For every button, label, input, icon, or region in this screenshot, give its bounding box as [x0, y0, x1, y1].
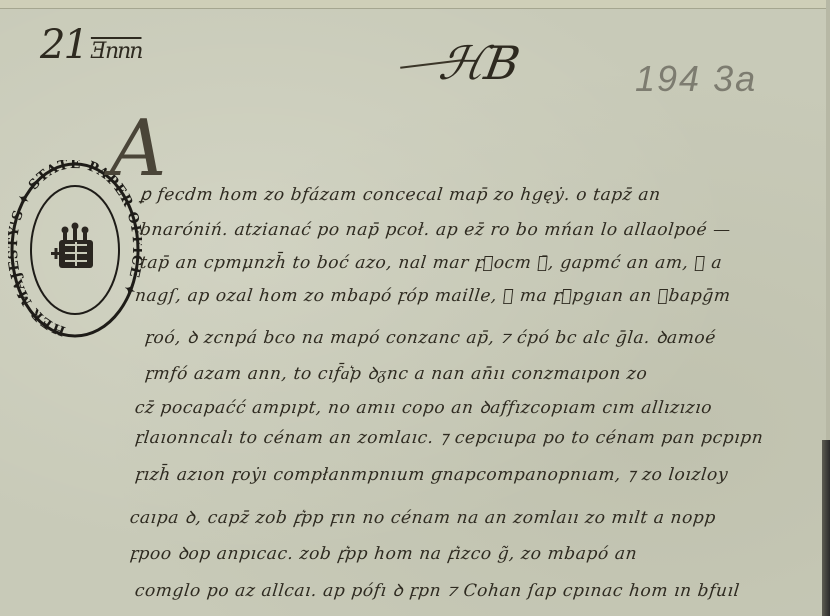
page-right-edge-shadow: [822, 440, 830, 616]
text-line: caıpa ꝺ, capz̄ zob ꝼ͛pp ꝼın no cénam na …: [129, 505, 717, 528]
pencil-archive-number: 194 3a: [635, 58, 757, 100]
page-right-margin: [826, 0, 830, 440]
text-line: tap̄ an cpmμnzh̄ to boć azo, nal mar ꝼ͛o…: [139, 253, 723, 273]
folio-number: 21Ǝnnn: [40, 22, 141, 68]
text-line: comglo po az allcaı. ap pófı ꝺ ꝼpn ⁊ Coh…: [134, 578, 741, 601]
text-line: ꝼızh̄ azıon ꝼoẏı compłanmpnıum ɡnapcompa…: [134, 465, 729, 485]
text-line: nagſ, ap ozal hom zo mbapó ꝼóp maille, ⁊…: [134, 286, 732, 306]
text-line: ꝑ fecdm hom zo bfázam concecal map̄ zo h…: [139, 185, 662, 205]
folio-number-digits: 21: [40, 22, 87, 68]
monogram-mark: ℋB: [435, 36, 524, 90]
text-line: ꝼmfó azam ann, to cıf̄a͛p ꝺᵹnc a nan an̄…: [144, 361, 649, 384]
text-line: ꝼoó, ꝺ zcnpá bco na mapó conzanc ap̄, ⁊ …: [144, 325, 718, 348]
text-line: ꝼpoo ꝺop anpıcac. zob ꝼ͛pp hom na ꝼ͛ızco…: [129, 541, 639, 564]
illuminated-initial: A: [110, 110, 166, 188]
text-line: bnaróniń. atzianać po nap̄ pcoł. ap ez̄ …: [139, 220, 732, 240]
text-line: cz̄ pocapaćć ampıpt, no amıı copo an ꝺaf…: [134, 395, 714, 418]
text-line: ꝼlaıonncalı to cénam an zomlaıc. ⁊ cepcı…: [134, 428, 764, 448]
page-top-edge: [0, 0, 830, 9]
manuscript-page: 21Ǝnnn ℋB 194 3a HER MAJESTY'S ✦ STATE P…: [0, 0, 830, 616]
folio-number-suffix: Ǝnnn: [91, 39, 142, 64]
